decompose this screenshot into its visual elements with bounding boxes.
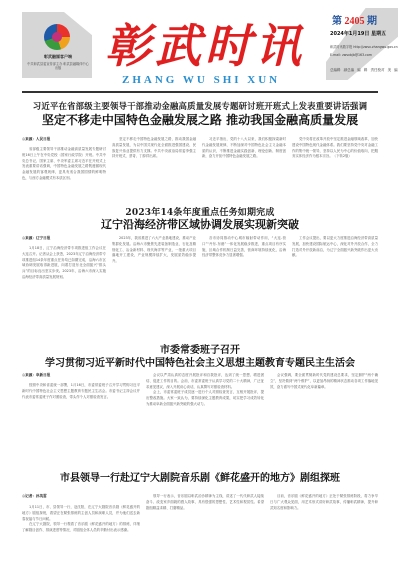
article-3-column-1: 按照中央和省委统一部署，1月16日，市委常委班子召开学习贯彻习近平新时代中国特色… (22, 383, 140, 460)
article-4-byline: ◎记者：孙英雷 (22, 494, 47, 499)
article-1-headline[interactable]: 坚定不移走中国特色金融发展之路 推动我国金融高质量发展 (0, 111, 400, 128)
article-3-column-2: 会议以严肃认真的态度开展批评和自我批评，达到了统一思想、增进团结、促进工作的目的… (146, 373, 264, 460)
masthead: 彰武融媒客户端 中共彰武县委宣传部主办 彰武县融媒体中心出版 彰武时讯 ZHAN… (0, 0, 400, 88)
article-1-column-1: 省部级主要领导干部推动金融高质量发展专题研讨班16日上午在中央党校（国家行政学院… (22, 147, 106, 199)
paragraph: 在辽宁大剧院，领导一行观看了音乐剧《鲜花盛开的地方》的排练，详细了解剧目创作、排… (22, 522, 140, 534)
article-1-column-2: 坚定不移走中国特色金融发展之路，推动我国金融高质量发展，为以中国式现代化全面推进… (112, 137, 196, 199)
article-4-headline[interactable]: 市县领导一行赴辽宁大剧院音乐剧《鲜花盛开的地方》剧组探班 (0, 469, 400, 484)
paragraph: 1月18日，辽宁沿海经济带专项推进组工作会议在大连召开。记者从会上获悉，2023… (22, 246, 106, 281)
newspaper-title-pinyin: ZHANG WU SHI XUN (122, 74, 280, 86)
article-1-column-4: 党中央将在改革开放中坚定推进金融领域改革，加快建设中国特色现代金融体系。我们要坚… (292, 137, 378, 199)
email-address[interactable]: E-mail: zwsxbjb@163.com (330, 53, 372, 57)
newspaper-page: 彰武融媒客户端 中共彰武县委宣传部主办 彰武县融媒体中心出版 彰武时讯 ZHAN… (0, 0, 400, 567)
article-2-column-3: 各市协同推动中心城市辐射带动作用，“大连-营口”“丹东-东港”一体化发展稳步推进… (202, 236, 286, 334)
article-1-byline: ◎来源：人民日报 (22, 137, 50, 142)
article-3-column-3: 会议强调，要全面贯彻新时代党的建设总要求，坚定拥护“两个确立”，坚决做到“两个维… (270, 373, 378, 460)
article-2-byline: ◎来源：辽宁日报 (22, 236, 50, 241)
issue-info-panel: 第 2405 期 2024年1月19日 星期五 彰武时讯数字报 http://z… (318, 8, 400, 80)
paragraph: 2023年，我省推进了六大产业基地建设，推动产业集群化发展。沿海六市聚焦先进装备… (112, 236, 196, 265)
issue-date: 2024年1月19日 星期五 (330, 30, 386, 37)
paragraph: 会上，市委常委班子成员逐一进行个人对照检查发言，互相开展批评，提出整改措施。大家… (146, 390, 264, 407)
logo-subtitle: 中共彰武县委宣传部主办 彰武县融媒体中心出版 (26, 62, 90, 70)
app-logo-icon (44, 24, 70, 50)
digital-edition-link[interactable]: 彰武时讯数字报 http://zwsx.zhangwu.gov.cn (330, 44, 398, 49)
issue-number-value: 2405 (345, 16, 365, 27)
article-4-column-3: 目前，音乐剧《鲜花盛开的地方》正处于紧张排练阶段，将力争早日与广大观众见面，用艺… (270, 494, 378, 554)
article-2-headline[interactable]: 辽宁沿海经济带区域协调发展实现新突破 (0, 216, 400, 232)
article-3-byline: ◎来源：阜新日报 (22, 373, 50, 378)
paragraph: 习近平指出，党的十八大以来，我们积极探索新时代金融发展规律，不断加深对中国特色社… (202, 137, 286, 160)
staff-credits: 总编辑 副总编 编 辑 责任校对 美 编 (330, 68, 398, 73)
article-3-headline[interactable]: 学习贯彻习近平新时代中国特色社会主义思想主题教育专题民主生活会 (0, 354, 400, 369)
newspaper-title: 彰武时讯 (105, 10, 305, 76)
masthead-divider (22, 91, 378, 93)
article-1-column-3: 习近平指出，党的十八大以来，我们积极探索新时代金融发展规律，不断加深对中国特色社… (202, 137, 286, 199)
article-2-column-2: 2023年，我省推进了六大产业基地建设，推动产业集群化发展。沿海六市聚焦先进装备… (112, 236, 196, 334)
paragraph: 目前，音乐剧《鲜花盛开的地方》正处于紧张排练阶段，将力争早日与广大观众见面，用艺… (270, 494, 378, 511)
paragraph: 坚定不移走中国特色金融发展之路，推动我国金融高质量发展，为以中国式现代化全面推进… (112, 137, 196, 160)
paragraph: 会议以严肃认真的态度开展批评和自我批评，达到了统一思想、增进团结、促进工作的目的… (146, 373, 264, 390)
paragraph: 省部级主要领导干部推动金融高质量发展专题研讨班16日上午在中央党校（国家行政学院… (22, 147, 106, 182)
issue-suffix: 期 (367, 16, 377, 27)
issue-number: 第 2405 期 (332, 12, 377, 27)
paragraph: 1月11日，市、县领导一行，赴沈阳，在辽宁大剧院音乐剧《鲜花盛开的地方》剧组探班… (22, 505, 140, 522)
paragraph: 领导一行表示，音乐剧以彰武治沙精神为主线，讲述了一代代彰武人接续奋斗、改变家乡面… (146, 494, 264, 511)
article-4-column-1: 1月11日，市、县领导一行，赴沈阳，在辽宁大剧院音乐剧《鲜花盛开的地方》剧组探班… (22, 505, 140, 555)
article-2-column-4: 工作会议提出，要以更大力度推进沿海经济带高质量发展，加快建设国际航运中心，深化对… (292, 236, 378, 334)
logo-caption: 彰武融媒客户端 (28, 54, 88, 60)
paragraph: 按照中央和省委统一部署，1月16日，市委常委班子召开学习贯彻习近平新时代中国特色… (22, 383, 140, 400)
issue-prefix: 第 (332, 16, 342, 27)
article-4-column-2: 领导一行表示，音乐剧以彰武治沙精神为主线，讲述了一代代彰武人接续奋斗、改变家乡面… (146, 494, 264, 554)
paragraph: 会议强调，要全面贯彻新时代党的建设总要求，坚定拥护“两个确立”，坚决做到“两个维… (270, 373, 378, 390)
paragraph: 工作会议提出，要以更大力度推进沿海经济带高质量发展，加快建设国际航运中心，深化对… (292, 236, 378, 259)
article-2-column-1: 1月18日，辽宁沿海经济带专项推进组工作会议在大连召开。记者从会上获悉，2023… (22, 246, 106, 334)
paragraph: 各市协同推动中心城市辐射带动作用，“大连-营口”“丹东-东港”一体化发展稳步推进… (202, 236, 286, 259)
paragraph: 党中央将在改革开放中坚定推进金融领域改革，加快建设中国特色现代金融体系。我们要坚… (292, 137, 378, 160)
